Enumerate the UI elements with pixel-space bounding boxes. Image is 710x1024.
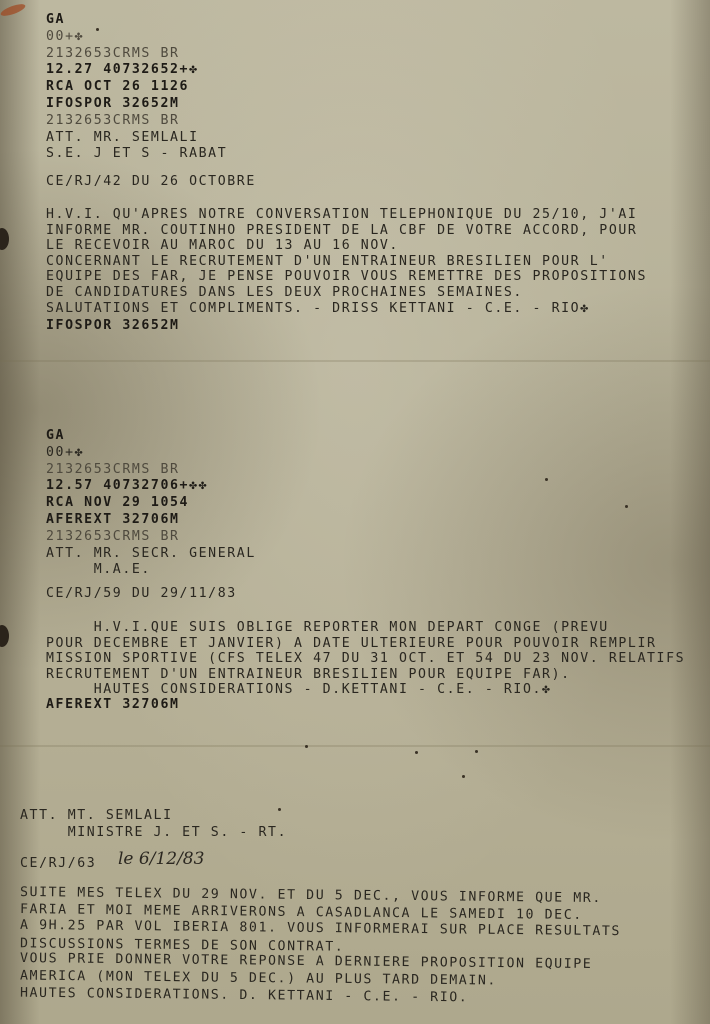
- fold-line: [0, 360, 710, 362]
- telex-body-line: LE RECEVOIR AU MAROC DU 13 AU 16 NOV.: [46, 238, 399, 254]
- telex-header-line: GA: [46, 428, 65, 444]
- speck: [305, 745, 308, 748]
- telex-header-line: S.E. J ET S - RABAT: [46, 146, 227, 162]
- telex-reference: CE/RJ/63: [20, 856, 96, 872]
- telex-header-line: 2132653CRMS BR: [46, 46, 180, 62]
- telex-footer: AFEREXT 32706M: [46, 697, 180, 713]
- telex-body-line: DE CANDIDATURES DANS LES DEUX PROCHAINES…: [46, 285, 523, 301]
- telex-body-line: EQUIPE DES FAR, JE PENSE POUVOIR VOUS RE…: [46, 269, 647, 285]
- fold-line: [0, 745, 710, 747]
- telex-header-line: M.A.E.: [46, 562, 151, 578]
- telex-header-line: GA: [46, 12, 65, 28]
- telex-footer: IFOSPOR 32652M: [46, 318, 180, 334]
- telex-body-line: H.V.I.QUE SUIS OBLIGE REPORTER MON DEPAR…: [46, 620, 609, 636]
- telex-body-line: POUR DECEMBRE ET JANVIER) A DATE ULTERIE…: [46, 636, 657, 652]
- telex-header-line: RCA OCT 26 1126: [46, 79, 189, 95]
- telex-body-line: RECRUTEMENT D'UN ENTRAINEUR BRESILIEN PO…: [46, 667, 571, 683]
- telex-header-line: 00+✤: [46, 29, 84, 45]
- telex-reference: CE/RJ/42 DU 26 OCTOBRE: [46, 174, 256, 190]
- telex-body-line: SALUTATIONS ET COMPLIMENTS. - DRISS KETT…: [46, 301, 590, 317]
- telex-header-line: ATT. MR. SEMLALI: [46, 130, 199, 146]
- telex-header-line: 12.57 40732706+✤✤: [46, 478, 208, 494]
- telex-header-line: 12.27 40732652+✤: [46, 62, 199, 78]
- speck: [278, 808, 281, 811]
- telex-body-line: MISSION SPORTIVE (CFS TELEX 47 DU 31 OCT…: [46, 651, 685, 667]
- speck: [96, 28, 99, 31]
- telex-header-line: ATT. MT. SEMLALI: [20, 808, 173, 824]
- speck: [475, 750, 478, 753]
- speck: [545, 478, 548, 481]
- telex-body-line: H.V.I. QU'APRES NOTRE CONVERSATION TELEP…: [46, 207, 637, 223]
- handwritten-date: le 6/12/83: [118, 851, 204, 867]
- telex-header-line: AFEREXT 32706M: [46, 512, 180, 528]
- speck: [415, 751, 418, 754]
- telex-header-line: 2132653CRMS BR: [46, 462, 180, 478]
- telex-header-line: RCA NOV 29 1054: [46, 495, 189, 511]
- telex-body-line: INFORME MR. COUTINHO PRESIDENT DE LA CBF…: [46, 223, 637, 239]
- telex-header-line: ATT. MR. SECR. GENERAL: [46, 546, 256, 562]
- telex-header-line: 2132653CRMS BR: [46, 113, 180, 129]
- telex-header-line: 00+✤: [46, 445, 84, 461]
- telex-header-line: IFOSPOR 32652M: [46, 96, 180, 112]
- speck: [462, 775, 465, 778]
- telex-body-line: HAUTES CONSIDERATIONS - D.KETTANI - C.E.…: [46, 682, 552, 698]
- telex-body-line: CONCERNANT LE RECRUTEMENT D'UN ENTRAINEU…: [46, 254, 609, 270]
- telex-header-line: MINISTRE J. ET S. - RT.: [20, 825, 287, 841]
- speck: [625, 505, 628, 508]
- paper-edge-shadow-right: [670, 0, 710, 1024]
- telex-header-line: 2132653CRMS BR: [46, 529, 180, 545]
- telex-reference: CE/RJ/59 DU 29/11/83: [46, 586, 237, 602]
